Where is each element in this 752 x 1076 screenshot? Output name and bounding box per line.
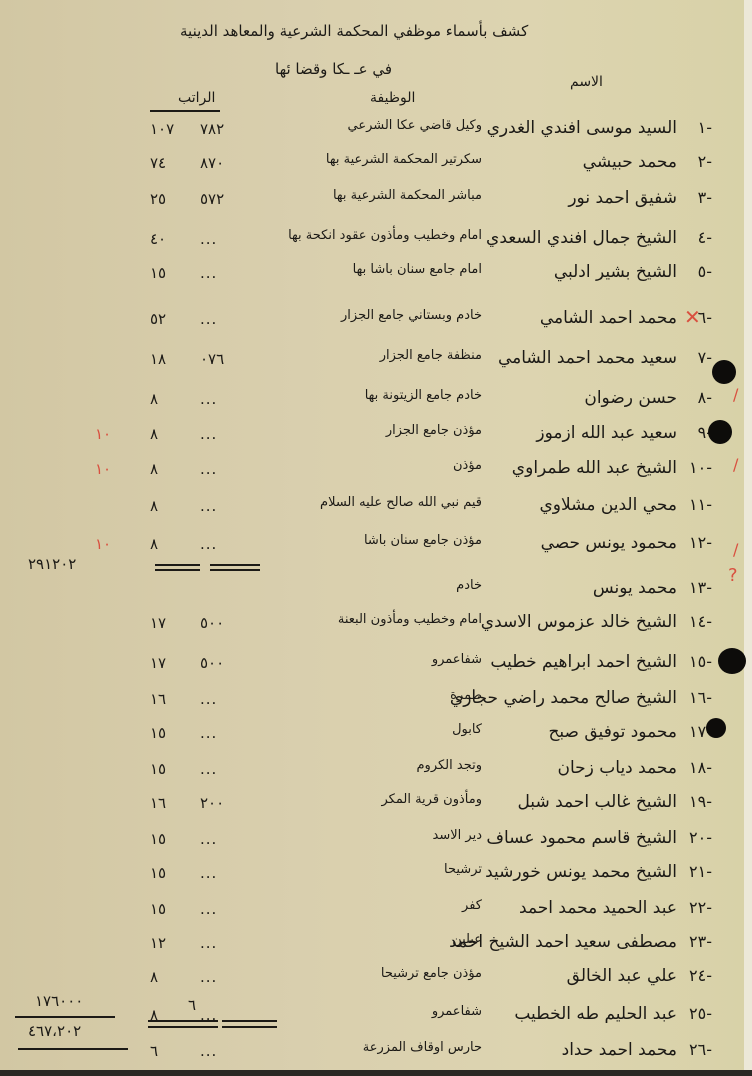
salary-amount: ... [200, 310, 217, 328]
employee-name: محمد احمد الشامي [540, 308, 677, 328]
salary-total: ١٥ [150, 900, 166, 918]
row-number: ٥- [698, 262, 712, 281]
employee-name: سعيد محمد احمد الشامي [498, 348, 677, 368]
subtotal-line-3 [210, 564, 260, 566]
salary-total: ١٠٧ [150, 120, 174, 138]
employee-name: عبد الحميد محمد احمد [519, 898, 677, 918]
grand-total-lower: ٤٦٧،٢٠٢ [28, 1022, 81, 1040]
employee-job: شفاعمرو [432, 1004, 482, 1019]
red-tick-mark: / [733, 455, 738, 474]
salary-amount: ... [200, 900, 217, 918]
row-number: ٢٢- [689, 898, 712, 917]
employee-job: شفاعمرو [432, 652, 482, 667]
subtotal-line-2 [155, 569, 200, 571]
employee-name: عبد الحليم طه الخطيب [514, 1004, 677, 1024]
employee-job: مباشر المحكمة الشرعية بها [333, 188, 482, 203]
salary-total: ١٨ [150, 350, 166, 368]
salary-amount: ... [200, 390, 217, 408]
punch-hole [712, 360, 736, 384]
employee-job: مؤذن جامع سنان باشا [364, 533, 482, 548]
employee-name: الشيخ محمد يونس خورشيد [485, 862, 677, 882]
salary-amount: ... [200, 724, 217, 742]
employee-name: الشيخ غالب احمد شبل [517, 792, 677, 812]
employee-job: مؤذن [453, 458, 482, 473]
salary-amount: ٧٨٢ [200, 120, 224, 138]
employee-job: سكرتير المحكمة الشرعية بها [326, 152, 482, 167]
punch-hole [708, 420, 732, 444]
row-number: ١٩- [689, 792, 712, 811]
row-number: ١- [698, 118, 712, 137]
salary-total: ٨ [150, 968, 158, 986]
employee-name: مصطفى سعيد احمد الشيخ احمد [449, 932, 677, 952]
employee-job: امام وخطيب ومأذون عقود انكحة بها [288, 228, 482, 243]
red-margin-note: ١٠ [95, 425, 111, 443]
salary-amount: ... [200, 968, 217, 986]
salary-amount: ... [200, 460, 217, 478]
salary-total: ١٧ [150, 614, 166, 632]
row-number: ٨- [698, 388, 712, 407]
salary-amount: ... [200, 497, 217, 515]
salary-amount: ... [200, 830, 217, 848]
header-salary: الراتب [178, 90, 215, 106]
employee-name: حسن رضوان [584, 388, 677, 408]
row-number: ٤- [698, 228, 712, 247]
salary-total: ١٥ [150, 724, 166, 742]
grand-total-upper: ١٧٦٠٠٠ [35, 992, 83, 1010]
salary-amount: ... [200, 760, 217, 778]
employee-job: خادم جامع الزيتونة بها [365, 388, 482, 403]
final-line-2 [148, 1026, 218, 1028]
salary-total: ٢٥ [150, 190, 166, 208]
salary-amount: ... [200, 864, 217, 882]
employee-job: امام وخطيب ومأذون البعنة [338, 612, 482, 627]
employee-name: محمد احمد حداد [562, 1040, 677, 1060]
employee-name: الشيخ جمال افندي السعدي [486, 228, 677, 248]
salary-total: ١٦ [150, 690, 166, 708]
row-number: ١٢- [689, 533, 712, 552]
employee-name: الشيخ صالح محمد راضي حجازي [450, 688, 677, 708]
employee-job: حارس اوقاف المزرعة [363, 1040, 482, 1055]
employee-job: وكيل قاضي عكا الشرعي [347, 118, 482, 133]
employee-job: خادم [456, 578, 482, 593]
employee-name: محمد دياب زحان [557, 758, 677, 778]
salary-total: ٨ [150, 497, 158, 515]
salary-total: ٨ [150, 390, 158, 408]
document-subtitle: في عـ ـكا وقضا ئها [275, 60, 392, 78]
salary-total: ١٧ [150, 654, 166, 672]
employee-name: الشيخ احمد ابراهيم خطيب [490, 652, 677, 672]
salary-total: ٨ [150, 535, 158, 553]
row-number: ٧- [698, 348, 712, 367]
row-number: ١٨- [689, 758, 712, 777]
document-title: كشف بأسماء موظفي المحكمة الشرعية والمعاه… [180, 22, 528, 40]
salary-amount: ... [200, 1042, 217, 1060]
row-number: ١٤- [689, 612, 712, 631]
header-underline [150, 110, 220, 112]
employee-name: علي عبد الخالق [567, 966, 677, 986]
final-line-3 [222, 1020, 277, 1022]
row-number: ٢٦- [689, 1040, 712, 1059]
red-margin-note: ١٠ [95, 460, 111, 478]
salary-total: ٥٢ [150, 310, 166, 328]
page-bottom-edge [0, 1070, 752, 1076]
red-question-mark: ? [728, 565, 738, 586]
grand-total-line [15, 1016, 115, 1018]
employee-job: كابول [452, 722, 482, 737]
employee-name: محمود توفيق صبح [548, 722, 677, 742]
grand-total-col: ٦ [188, 996, 196, 1014]
salary-amount: ٨٧٠ [200, 154, 224, 172]
row-number: ١٦- [689, 688, 712, 707]
header-job: الوظيفة [370, 90, 415, 106]
employee-name: سعيد عبد الله ازموز [536, 423, 677, 443]
left-margin-subtotal: ٢٩١٢٠٢ [28, 555, 76, 573]
employee-job: عبلين [452, 932, 482, 947]
row-number: ٣- [698, 188, 712, 207]
salary-total: ٨ [150, 425, 158, 443]
employee-job: ترشيحا [444, 862, 482, 877]
red-margin-note: ١٠ [95, 535, 111, 553]
row-number: ٢٠- [689, 828, 712, 847]
employee-job: امام جامع سنان باشا بها [353, 262, 482, 277]
salary-amount: ٥٠٠ [200, 614, 224, 632]
grand-total-underline [18, 1048, 128, 1050]
row-number: ٢٥- [689, 1004, 712, 1023]
employee-name: محمد حبيشي [583, 152, 677, 172]
page-edge [744, 0, 752, 1076]
employee-job: منظفة جامع الجزار [380, 348, 482, 363]
final-line-1 [148, 1020, 218, 1022]
salary-amount: ... [200, 425, 217, 443]
salary-total: ١٥ [150, 864, 166, 882]
row-number: ٢- [698, 152, 712, 171]
salary-amount: ... [200, 264, 217, 282]
salary-amount: ... [200, 690, 217, 708]
salary-total: ١٢ [150, 934, 166, 952]
scanned-document-page: كشف بأسماء موظفي المحكمة الشرعية والمعاه… [0, 0, 752, 1076]
employee-job: طمرة [450, 688, 482, 703]
row-number: ١٥- [689, 652, 712, 671]
row-number: ١١- [689, 495, 712, 514]
employee-job: كفر [462, 898, 482, 913]
employee-name: الشيخ قاسم محمود عساف [486, 828, 677, 848]
salary-amount: ٠٧٦ [200, 350, 224, 368]
row-number: ٢٤- [689, 966, 712, 985]
punch-hole [706, 718, 726, 738]
employee-name: شفيق احمد نور [568, 188, 677, 208]
salary-total: ١٥ [150, 760, 166, 778]
row-number: ١٣- [689, 578, 712, 597]
employee-job: خادم وبستاني جامع الجزار [341, 308, 482, 323]
employee-name: محي الدين مشلاوي [540, 495, 678, 515]
row-number: ٢١- [689, 862, 712, 881]
employee-name: الشيخ بشير ادلبي [554, 262, 677, 282]
salary-total: ٧٤ [150, 154, 166, 172]
salary-amount: ... [200, 934, 217, 952]
employee-name: السيد موسى افندي الغدري [487, 118, 677, 138]
header-name: الاسم [570, 74, 603, 90]
salary-total: ٨ [150, 460, 158, 478]
salary-total: ١٦ [150, 794, 166, 812]
salary-amount: ... [200, 230, 217, 248]
employee-name: محمود يونس حصي [541, 533, 677, 553]
employee-name: الشيخ عبد الله طمراوي [512, 458, 677, 478]
salary-amount: ٥٧٢ [200, 190, 224, 208]
final-line-4 [222, 1026, 277, 1028]
red-tick-mark: / [733, 385, 738, 404]
row-number: ٢٣- [689, 932, 712, 951]
employee-job: وتجد الكروم [417, 758, 483, 773]
salary-total: ٤٠ [150, 230, 166, 248]
employee-job: قيم نبي الله صالح عليه السلام [320, 495, 482, 510]
employee-job: مؤذن جامع ترشيحا [381, 966, 482, 981]
salary-amount: ٥٠٠ [200, 654, 224, 672]
red-x-mark: ✕ [684, 305, 701, 329]
subtotal-line-4 [210, 569, 260, 571]
salary-total: ٦ [150, 1042, 158, 1060]
salary-amount: ... [200, 535, 217, 553]
employee-job: دير الاسد [433, 828, 482, 843]
red-tick-mark: / [733, 540, 738, 559]
subtotal-line-1 [155, 564, 200, 566]
salary-total: ١٥ [150, 264, 166, 282]
row-number: ١٠- [689, 458, 712, 477]
salary-amount: ٢٠٠ [200, 794, 224, 812]
employee-name: محمد يونس [593, 578, 677, 598]
salary-total: ١٥ [150, 830, 166, 848]
punch-hole [718, 648, 746, 674]
employee-job: مؤذن جامع الجزار [386, 423, 482, 438]
employee-job: ومأذون قرية المكر [382, 792, 483, 807]
employee-name: الشيخ خالد عزموس الاسدي [481, 612, 677, 632]
